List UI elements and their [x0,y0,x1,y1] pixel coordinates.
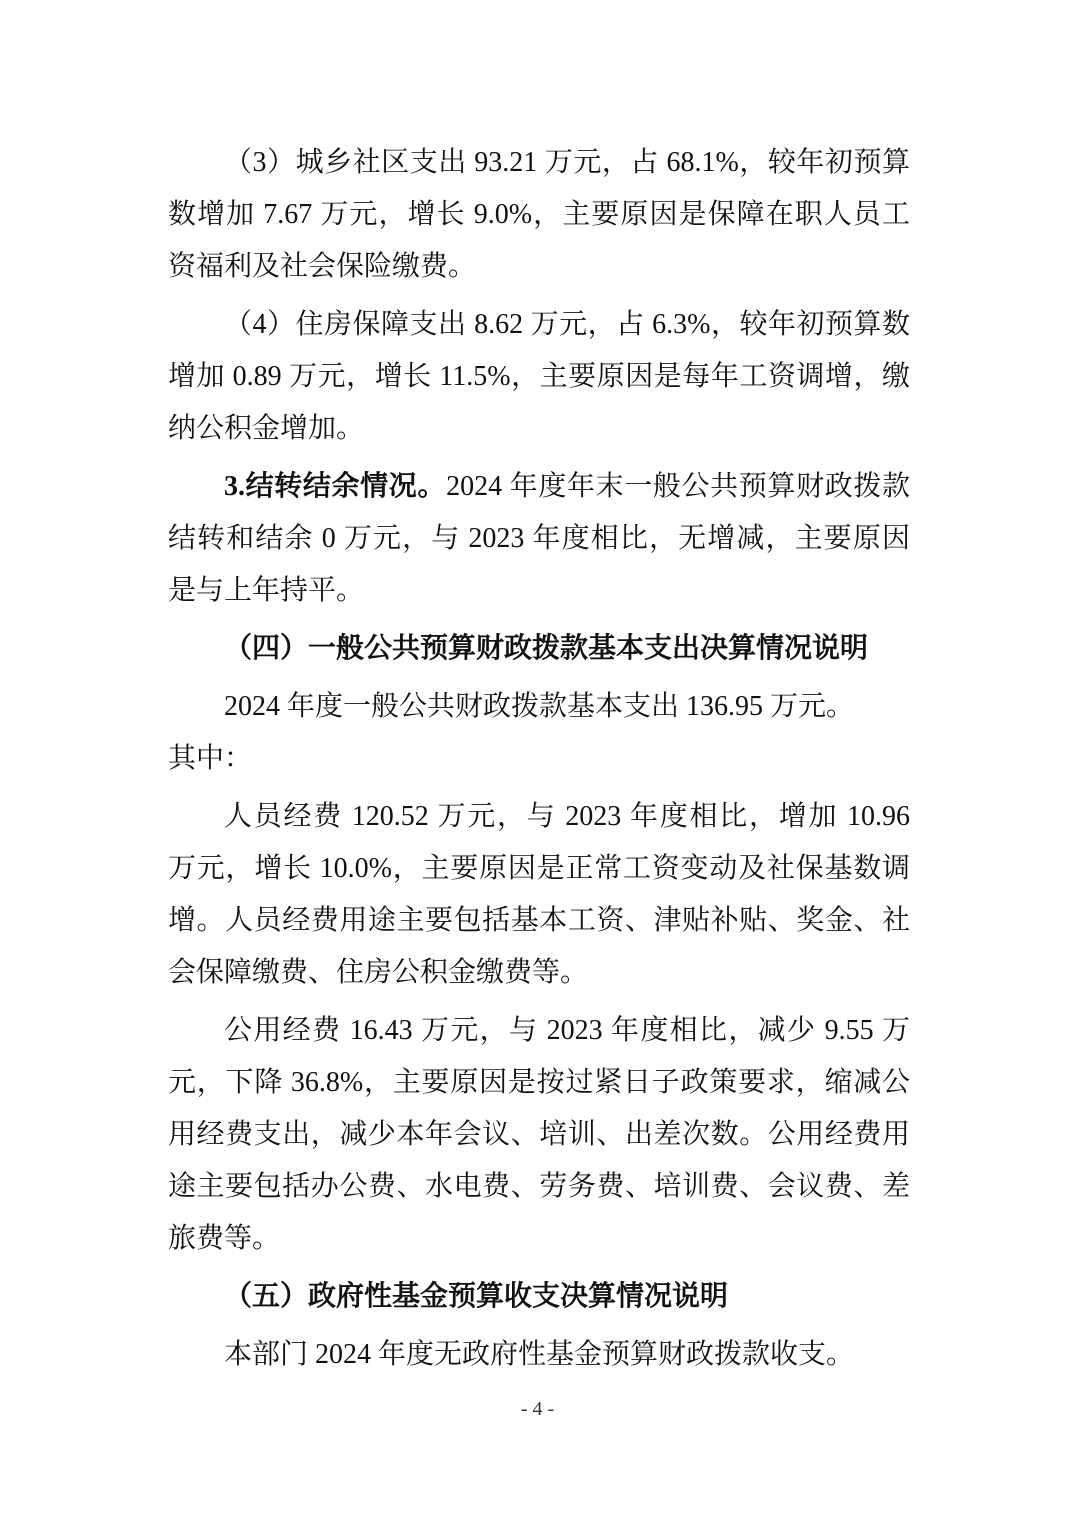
document-line: 人员经费 120.52 万元，与 2023 年度相比，增加 10.96 [168,791,910,843]
document-page: { "colors": { "background": "#ffffff", "… [0,0,1075,1520]
paragraph-gov-fund-budget: 本部门 2024 年度无政府性基金预算财政拨款收支。 [168,1329,910,1381]
document-line: 增。人员经费用途主要包括基本工资、津贴补贴、奖金、社 [168,895,910,947]
document-line: 用经费支出，减少本年会议、培训、出差次数。公用经费用 [168,1109,910,1161]
paragraph-carryover-balance: 3.结转结余情况。2024 年度年末一般公共预算财政拨款 结转和结余 0 万元，… [168,461,910,617]
paragraph-public-funds: 公用经费 16.43 万元，与 2023 年度相比，减少 9.55 万 元，下降… [168,1005,910,1265]
document-line: 2024 年度一般公共财政拨款基本支出 136.95 万元。 [168,681,910,733]
document-line: 旅费等。 [168,1213,910,1265]
document-line: 增加 0.89 万元，增长 11.5%，主要原因是每年工资调增，缴 [168,351,910,403]
document-line: 元，下降 36.8%，主要原因是按过紧日子政策要求，缩减公 [168,1057,910,1109]
paragraph-housing-security-expenditure: （4）住房保障支出 8.62 万元，占 6.3%，较年初预算数 增加 0.89 … [168,299,910,455]
document-line: 其中： [168,733,910,785]
document-line: 是与上年持平。 [168,565,910,617]
section-heading-5-container: （五）政府性基金预算收支决算情况说明 [168,1271,910,1323]
document-line: 途主要包括办公费、水电费、劳务费、培训费、会议费、差 [168,1161,910,1213]
page-number: - 4 - [0,1398,1075,1421]
document-body: （3）城乡社区支出 93.21 万元，占 68.1%，较年初预算 数增加 7.6… [168,137,910,1381]
section-heading-5: （五）政府性基金预算收支决算情况说明 [168,1271,910,1323]
document-line: 会保障缴费、住房公积金缴费等。 [168,947,910,999]
document-line: （3）城乡社区支出 93.21 万元，占 68.1%，较年初预算 [168,137,910,189]
document-line: 本部门 2024 年度无政府性基金预算财政拨款收支。 [168,1329,910,1381]
document-line: 资福利及社会保险缴费。 [168,241,910,293]
paragraph-personnel-funds: 人员经费 120.52 万元，与 2023 年度相比，增加 10.96 万元，增… [168,791,910,999]
paragraph-urban-community-expenditure: （3）城乡社区支出 93.21 万元，占 68.1%，较年初预算 数增加 7.6… [168,137,910,293]
document-line: 结转和结余 0 万元，与 2023 年度相比，无增减，主要原因 [168,513,910,565]
document-line: （4）住房保障支出 8.62 万元，占 6.3%，较年初预算数 [168,299,910,351]
document-line: 纳公积金增加。 [168,403,910,455]
carryover-lead-rest: 2024 年度年末一般公共预算财政拨款 [446,471,910,502]
document-line: 万元，增长 10.0%，主要原因是正常工资变动及社保基数调 [168,843,910,895]
section-heading-4: （四）一般公共预算财政拨款基本支出决算情况说明 [168,623,910,675]
paragraph-basic-expenditure-total: 2024 年度一般公共财政拨款基本支出 136.95 万元。 其中： [168,681,910,785]
carryover-lead-label: 3.结转结余情况。 [224,471,446,502]
section-heading-4-container: （四）一般公共预算财政拨款基本支出决算情况说明 [168,623,910,675]
document-line: 数增加 7.67 万元，增长 9.0%，主要原因是保障在职人员工 [168,189,910,241]
document-line: 3.结转结余情况。2024 年度年末一般公共预算财政拨款 [168,461,910,513]
document-line: 公用经费 16.43 万元，与 2023 年度相比，减少 9.55 万 [168,1005,910,1057]
